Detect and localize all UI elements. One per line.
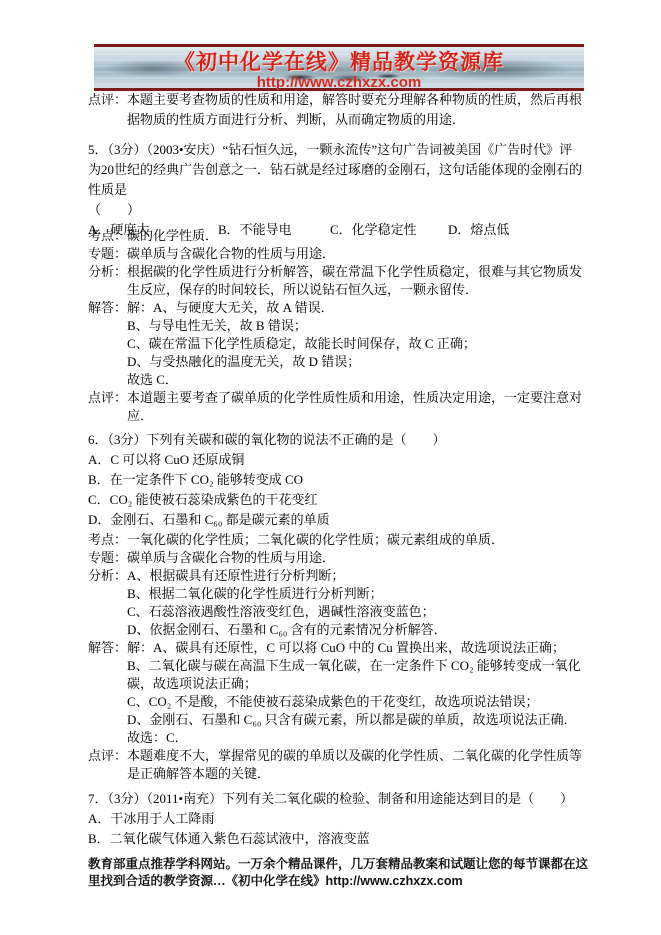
kaodian-text: 一氧化碳的化学性质；二氧化碳的化学性质；碳元素组成的单质．: [127, 531, 584, 549]
banner-url-link[interactable]: http://www.czhxzx.com: [94, 75, 584, 91]
dianping-label: 点评：: [88, 389, 127, 425]
fenxi-line: A、根据碳具有还原性进行分析判断；: [127, 567, 584, 585]
zhuanti-label: 专题：: [88, 549, 127, 567]
option-a: A．干冰用于人工降雨: [88, 809, 584, 829]
jieda-line: B、与导电性无关，故 B 错误；: [127, 317, 584, 335]
jieda-line: C、碳在常温下化学性质稳定，故能长时间保存，故 C 正确；: [127, 335, 584, 353]
jieda-line: C、CO₂ 不是酸，不能使被石蕊染成紫色的干花变红，故选项说法错误；: [127, 693, 584, 711]
jieda-text: 解：A、与硬度大无关，故 A 错误． B、与导电性无关，故 B 错误； C、碳在…: [127, 299, 584, 389]
kaodian-label: 考点：: [88, 531, 127, 549]
option-a: A．C 可以将 CuO 还原成铜: [88, 450, 584, 470]
jieda-line: D、金刚石、石墨和 C₆₀ 只含有碳元素，所以都是碳的单质，故选项说法正确．: [127, 711, 584, 729]
zhuanti-label: 专题：: [88, 245, 127, 263]
site-banner: 《初中化学在线》精品教学资源库 http://www.czhxzx.com: [94, 44, 584, 91]
dianping-text: 本道题主要考查了碳单质的化学性质性质和用途，性质决定用途，一定要注意对应．: [127, 389, 584, 425]
question-5-answer-blank: （ ）: [88, 200, 584, 220]
document-page: 《初中化学在线》精品教学资源库 http://www.czhxzx.com 点评…: [0, 0, 661, 935]
previous-question-review: 点评： 本题主要考查物质的性质和用途，解答时要充分理解各种物质的性质，然后再根据…: [88, 90, 584, 130]
question-6-stem: 6．（3分）下列有关碳和碳的氧化物的说法不正确的是（ ）: [88, 430, 584, 450]
option-c: C．CO₂ 能使被石蕊染成紫色的干花变红: [88, 490, 584, 510]
footer-url-link[interactable]: http://www.czhxzx.com: [326, 874, 463, 888]
dianping-label: 点评：: [88, 747, 127, 783]
jieda-line: 故选：C．: [127, 729, 584, 747]
jieda-line: B、二氧化碳与碳在高温下生成一氧化碳，在一定条件下 CO₂ 能够转变成一氧化碳，…: [127, 657, 584, 693]
zhuanti-text: 碳单质与含碳化合物的性质与用途．: [127, 245, 584, 263]
option-b: B．在一定条件下 CO₂ 能够转变成 CO: [88, 470, 584, 490]
fenxi-text: 根据碳的化学性质进行分析解答，碳在常温下化学性质稳定，很难与其它物质发生反应，保…: [127, 263, 584, 299]
kaodian-label: 考点：: [88, 227, 127, 245]
option-d: D．金刚石、石墨和 C₆₀ 都是碳元素的单质: [88, 510, 584, 530]
dianping-label: 点评：: [88, 90, 127, 130]
fenxi-line: C、石蕊溶液遇酸性溶液变红色，遇碱性溶液变蓝色；: [127, 603, 584, 621]
jieda-label: 解答：: [88, 299, 127, 389]
fenxi-line: B、根据二氧化碳的化学性质进行分析判断；: [127, 585, 584, 603]
jieda-line: 解：A、碳具有还原性，C 可以将 CuO 中的 Cu 置换出来，故选项说法正确；: [127, 639, 584, 657]
banner-title: 《初中化学在线》精品教学资源库: [94, 50, 584, 74]
option-b: B．二氧化碳气体通入紫色石蕊试液中，溶液变蓝: [88, 829, 584, 849]
question-7: 7．（3分）（2011•南充）下列有关二氧化碳的检验、制备和用途能达到目的是（ …: [88, 789, 584, 849]
question-6-analysis: 考点： 一氧化碳的化学性质；二氧化碳的化学性质；碳元素组成的单质． 专题： 碳单…: [88, 531, 584, 783]
question-5-analysis: 考点： 碳的化学性质． 专题： 碳单质与含碳化合物的性质与用途． 分析： 根据碳…: [88, 227, 584, 425]
question-5: 5．（3分）（2003•安庆）“钻石恒久远，一颗永流传”这句广告词被美国《广告时…: [88, 140, 584, 240]
dianping-text: 本题主要考查物质的性质和用途，解答时要充分理解各种物质的性质，然后再根据物质的性…: [127, 90, 584, 130]
dianping-text: 本题难度不大，掌握常见的碳的单质以及碳的化学性质、二氧化碳的化学性质等是正确解答…: [127, 747, 584, 783]
fenxi-line: D、依据金刚石、石墨和 C₆₀ 含有的元素情况分析解答．: [127, 621, 584, 639]
fenxi-label: 分析：: [88, 263, 127, 299]
question-6: 6．（3分）下列有关碳和碳的氧化物的说法不正确的是（ ） A．C 可以将 CuO…: [88, 430, 584, 530]
jieda-text: 解：A、碳具有还原性，C 可以将 CuO 中的 Cu 置换出来，故选项说法正确；…: [127, 639, 584, 747]
kaodian-text: 碳的化学性质．: [127, 227, 584, 245]
jieda-line: D、与受热融化的温度无关，故 D 错误；: [127, 353, 584, 371]
question-7-stem: 7．（3分）（2011•南充）下列有关二氧化碳的检验、制备和用途能达到目的是（ …: [88, 789, 584, 809]
zhuanti-text: 碳单质与含碳化合物的性质与用途．: [127, 549, 584, 567]
jieda-line: 故选 C．: [127, 371, 584, 389]
jieda-line: 解：A、与硬度大无关，故 A 错误．: [127, 299, 584, 317]
fenxi-text: A、根据碳具有还原性进行分析判断； B、根据二氧化碳的化学性质进行分析判断； C…: [127, 567, 584, 639]
fenxi-label: 分析：: [88, 567, 127, 639]
footer-promo: 教育部重点推荐学科网站。一万余个精品课件，几万套精品教案和试题让您的每节课都在这…: [88, 856, 588, 890]
jieda-label: 解答：: [88, 639, 127, 747]
question-5-stem: 5．（3分）（2003•安庆）“钻石恒久远，一颗永流传”这句广告词被美国《广告时…: [88, 140, 584, 200]
